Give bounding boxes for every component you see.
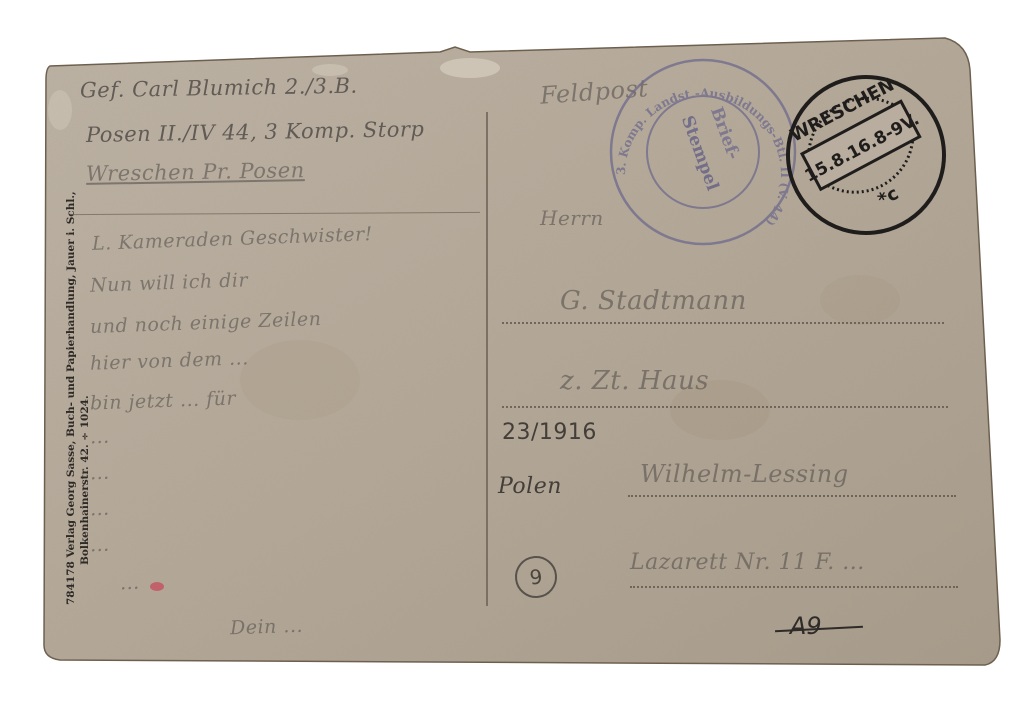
postcard: 784178 Verlag Georg Sasse, Buch- und Pap…	[0, 0, 1024, 702]
postmark: WRESCHEN 15.8.16.8-9V. *c	[761, 50, 972, 261]
unit-stamp-center-1: Brief-	[706, 104, 743, 162]
stamps: 3. Komp. Landst.-Ausbildungs-Btl. II (V.…	[0, 0, 1024, 702]
unit-stamp: 3. Komp. Landst.-Ausbildungs-Btl. II (V.…	[611, 60, 795, 244]
postmark-suffix: *c	[874, 183, 902, 211]
